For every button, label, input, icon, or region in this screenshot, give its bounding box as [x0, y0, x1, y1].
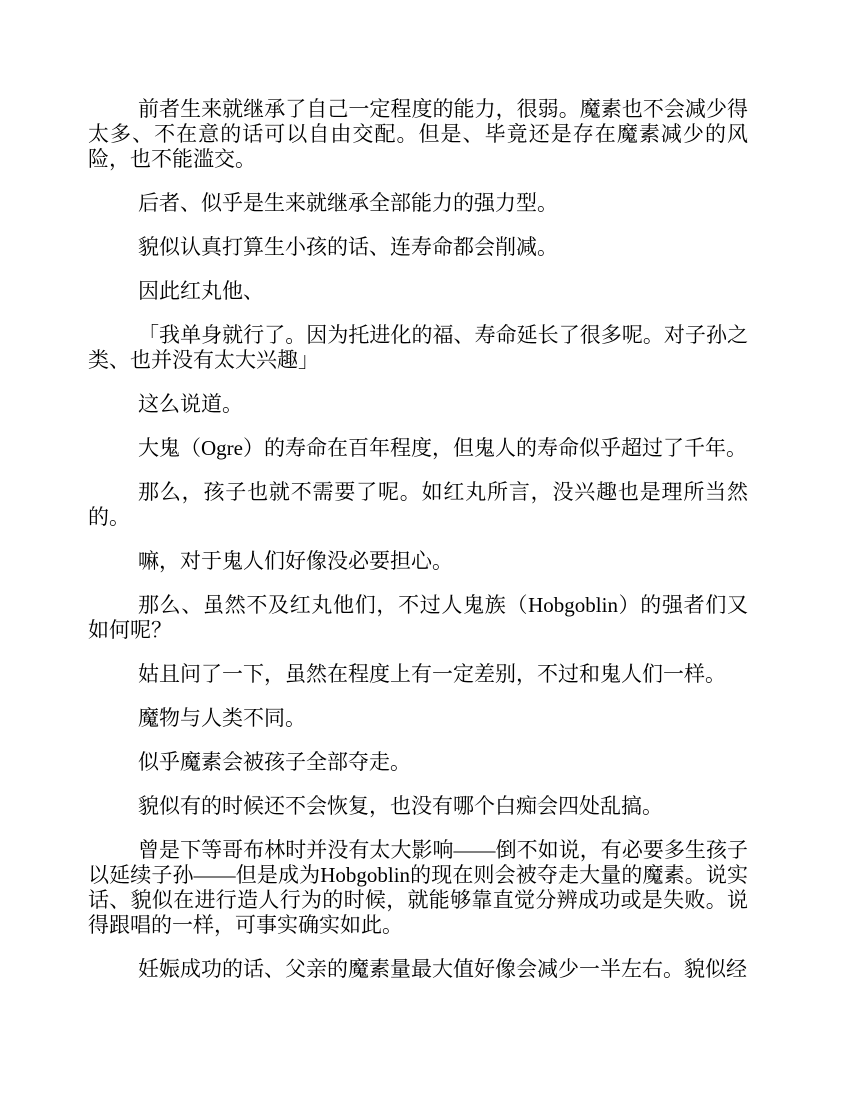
paragraph-quote: 「我单身就行了。因为托进化的福、寿命延长了很多呢。对子孙之类、也并没有太大兴趣」 — [88, 323, 748, 373]
paragraph-14: 貌似有的时候还不会恢复，也没有哪个白痴会四处乱搞。 — [88, 794, 748, 819]
paragraph-2: 后者、似乎是生来就继承全部能力的强力型。 — [88, 191, 748, 216]
paragraph-8: 那么，孩子也就不需要了呢。如红丸所言，没兴趣也是理所当然的。 — [88, 480, 748, 530]
paragraph-3: 貌似认真打算生小孩的话、连寿命都会削减。 — [88, 235, 748, 260]
paragraph-15: 曾是下等哥布林时并没有太大影响——倒不如说，有必要多生孩子以延续子孙——但是成为… — [88, 838, 748, 938]
paragraph-6: 这么说道。 — [88, 392, 748, 417]
paragraph-4: 因此红丸他、 — [88, 279, 748, 304]
paragraph-10: 那么、虽然不及红丸他们，不过人鬼族（Hobgoblin）的强者们又如何呢？ — [88, 593, 748, 643]
paragraph-13: 似乎魔素会被孩子全部夺走。 — [88, 750, 748, 775]
paragraph-11: 姑且问了一下，虽然在程度上有一定差别，不过和鬼人们一样。 — [88, 662, 748, 687]
paragraph-1: 前者生来就继承了自己一定程度的能力，很弱。魔素也不会减少得太多、不在意的话可以自… — [88, 97, 748, 172]
paragraph-16: 妊娠成功的话、父亲的魔素量最大值好像会减少一半左右。貌似经 — [88, 957, 748, 982]
paragraph-9: 嘛，对于鬼人们好像没必要担心。 — [88, 549, 748, 574]
paragraph-7: 大鬼（Ogre）的寿命在百年程度，但鬼人的寿命似乎超过了千年。 — [88, 436, 748, 461]
document-page: 前者生来就继承了自己一定程度的能力，很弱。魔素也不会减少得太多、不在意的话可以自… — [0, 0, 850, 1100]
paragraph-12: 魔物与人类不同。 — [88, 706, 748, 731]
